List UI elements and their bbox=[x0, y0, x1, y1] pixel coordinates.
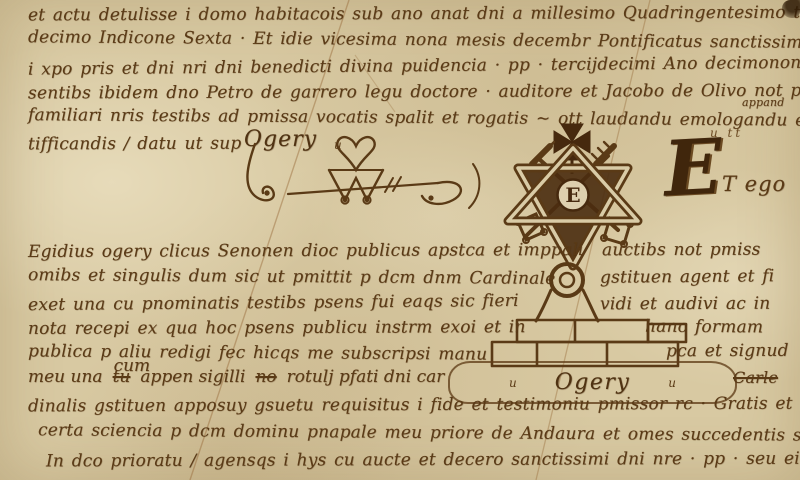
lower-line-5-right: pca et signud bbox=[666, 341, 789, 361]
lower-line-4-right: hanc formam bbox=[645, 317, 763, 338]
rowf-seg2: appen sigilli bbox=[140, 367, 245, 387]
text-line-3: i xpo pris et dni nri dni benedicti divi… bbox=[28, 52, 800, 79]
lower-line-6: meu unatucumappen sigillinorotulj pfati … bbox=[28, 367, 444, 387]
lower-line-3-left: exet una cu pnominatis testibs psens fui… bbox=[28, 291, 519, 315]
manuscript-page: { "page": { "ink_color": "#5a3a16", "ink… bbox=[0, 0, 800, 480]
text-line-2: decimo Indicone Sexta · Et idie vicesima… bbox=[28, 27, 800, 52]
paraph-left-loop bbox=[247, 144, 273, 200]
paraph-right-hook bbox=[422, 182, 461, 204]
decorated-initial-block: E u tt T ego bbox=[664, 130, 798, 255]
lower-line-3-right: vidi et audivi ac in bbox=[600, 294, 770, 315]
lower-line-2-right: gstituen agent et fi bbox=[600, 266, 775, 288]
lower-line-4-left: nota recepi ex qua hoc psens publicu ins… bbox=[28, 317, 526, 339]
rowf-seg3: rotulj pfati dni car bbox=[287, 367, 445, 387]
text-line-6: tifficandis / datu ut sup bbox=[28, 134, 241, 155]
interlinear-correction: cum bbox=[114, 356, 151, 376]
lower-line-9: In dco prioratu / agensqs i hys cu aucte… bbox=[46, 449, 800, 472]
lower-line-2-left: omibs et singulis dum sic ut pmittit p d… bbox=[28, 265, 556, 289]
decorated-initial: E bbox=[662, 131, 724, 206]
text-line-4: sentibs ibidem dno Petro de garrero legu… bbox=[28, 81, 800, 104]
lower-line-7: dinalis gstituen apposuy gsuetu requisit… bbox=[28, 394, 800, 417]
initial-flourish: u tt bbox=[710, 126, 743, 140]
struck-word-2: no bbox=[255, 367, 276, 387]
text-line-1: et actu detulisse i domo habitacois sub … bbox=[28, 3, 800, 26]
cartouche-tick-left: u bbox=[509, 376, 517, 390]
notary-signature-paraph bbox=[233, 136, 483, 251]
margin-note: appand bbox=[742, 96, 785, 109]
ink-smudge bbox=[782, 0, 800, 18]
lower-line-5-left: publica p aliu redigi fec hicqs me subsc… bbox=[28, 341, 487, 364]
cartouche-signature: Ogery bbox=[555, 370, 631, 395]
rowf-seg1: meu una bbox=[28, 367, 103, 387]
mark-center-letter: E bbox=[565, 183, 580, 207]
lower-line-1-right: auctibs not pmiss bbox=[602, 240, 761, 261]
struck-word-right: Carle bbox=[733, 368, 778, 387]
cartouche-tick-right: u bbox=[668, 376, 676, 390]
paraph-heart bbox=[337, 137, 374, 170]
paraph-zigzag bbox=[329, 170, 383, 200]
struck-word-host: tucum bbox=[113, 367, 131, 387]
lower-line-1-left: Egidius ogery clicus Senonen dioc public… bbox=[28, 240, 584, 262]
lower-line-8: certa sciencia p dcm dominu pnapale meu … bbox=[38, 420, 800, 445]
initial-caption: T ego bbox=[722, 172, 786, 196]
